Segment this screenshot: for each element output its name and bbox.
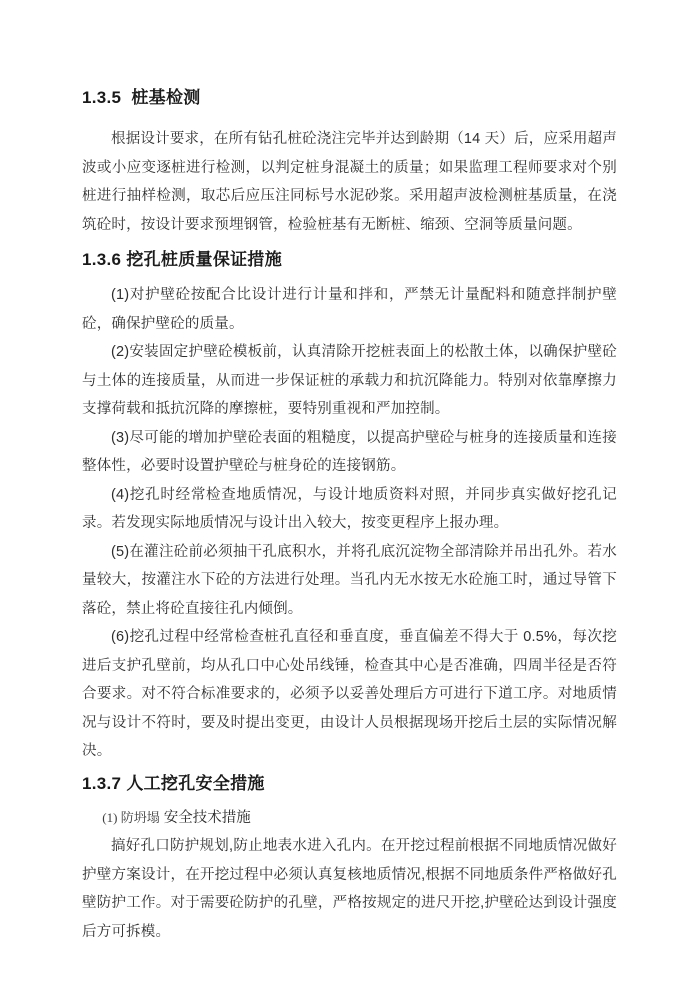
numbered-paragraph-4: (4)挖孔时经常检查地质情况，与设计地质资料对照，并同步真实做好挖孔记录。若发现… xyxy=(82,481,617,538)
section-heading-1-3-5: 1.3.5 桩基检测 xyxy=(82,85,617,110)
section-manual-dug-hole-safety: 1.3.7 人工挖孔安全措施 (1) 防坍塌安全技术措施 搞好孔口防护规划,防止… xyxy=(82,771,617,947)
numbered-paragraph-5: (5)在灌注砼前必须抽干孔底积水，并将孔底沉淀物全部清除并吊出孔外。若水量较大，… xyxy=(82,538,617,624)
body-paragraph: 根据设计要求，在所有钻孔桩砼浇注完毕并达到龄期（14 天）后，应采用超声波或小应… xyxy=(82,125,617,239)
document-page: 1.3.5 桩基检测 根据设计要求，在所有钻孔桩砼浇注完毕并达到龄期（14 天）… xyxy=(0,0,700,990)
numbered-paragraph-1: (1)对护壁砼按配合比设计进行计量和拌和，严禁无计量配料和随意拌制护壁砼，确保护… xyxy=(82,281,617,338)
body-paragraph: 搞好孔口防护规划,防止地表水进入孔内。在开挖过程前根据不同地质情况做好护壁方案设… xyxy=(82,832,617,946)
section-pile-foundation-testing: 1.3.5 桩基检测 根据设计要求，在所有钻孔桩砼浇注完毕并达到龄期（14 天）… xyxy=(82,85,617,239)
numbered-paragraph-3: (3)尽可能的增加护壁砼表面的粗糙度，以提高护壁砼与桩身的连接质量和连接整体性，… xyxy=(82,424,617,481)
numbered-paragraph-6: (6)挖孔过程中经常检查桩孔直径和垂直度，垂直偏差不得大于 0.5%，每次挖进后… xyxy=(82,623,617,766)
numbered-paragraph-2: (2)安装固定护壁砼模板前，认真清除开挖桩表面上的松散土体，以确保护壁砼与土体的… xyxy=(82,338,617,424)
section-heading-1-3-7: 1.3.7 人工挖孔安全措施 xyxy=(82,771,617,796)
section-heading-1-3-6: 1.3.6 挖孔桩质量保证措施 xyxy=(82,247,617,272)
section-dug-pile-quality-assurance: 1.3.6 挖孔桩质量保证措施 (1)对护壁砼按配合比设计进行计量和拌和，严禁无… xyxy=(82,247,617,766)
list-item-heading: (1) 防坍塌安全技术措施 xyxy=(102,804,617,833)
list-item-title: 安全技术措施 xyxy=(164,810,251,826)
list-item-number: (1) 防坍塌 xyxy=(102,810,159,825)
